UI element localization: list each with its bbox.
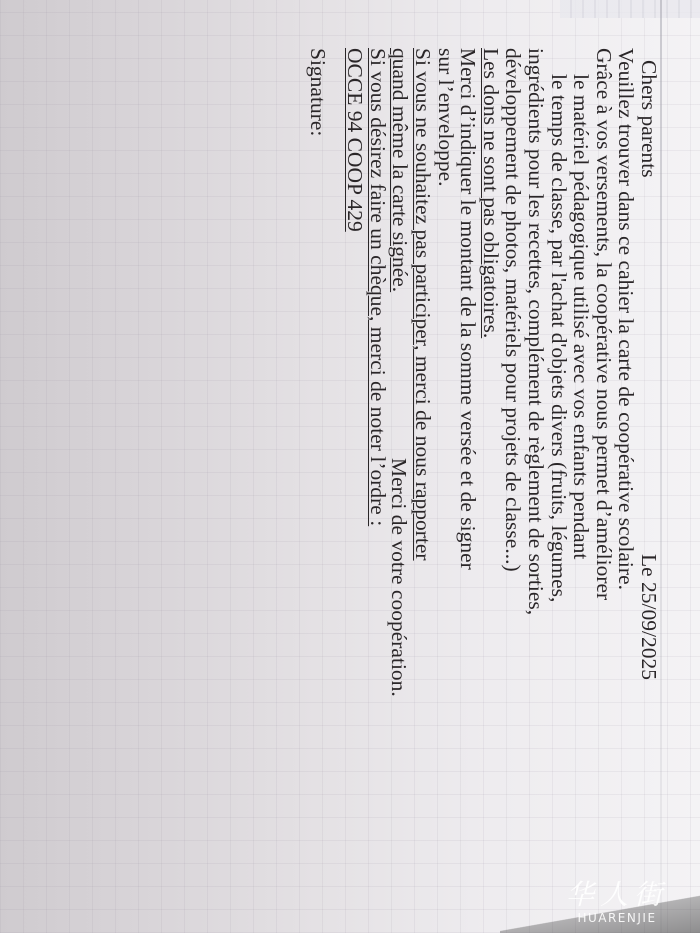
greeting: Chers parents — [637, 60, 660, 178]
underlying-paper-edge — [560, 0, 700, 18]
signature-label: Signature: — [307, 48, 330, 848]
site-watermark: 华人街 HUARENJIE — [542, 873, 692, 925]
amount-instruction-line-2: sur l’enveloppe. — [434, 48, 457, 848]
cheque-instruction: Si vous désirez faire un chèque, merci d… — [366, 48, 389, 848]
no-participation-line-1: Si vous ne souhaitez pas participer, mer… — [411, 48, 434, 848]
watermark-latin: HUARENJIE — [542, 911, 692, 925]
body-line-5: ingrédients pour les recettes, complémen… — [524, 48, 547, 848]
letter-sheet: Chers parents Le 25/09/2025 Veuillez tro… — [100, 48, 660, 848]
letter-date: Le 25/09/2025 — [637, 554, 660, 680]
body-line-1: Veuillez trouver dans ce cahier la carte… — [615, 48, 638, 848]
watermark-chinese: 华人街 — [542, 873, 692, 913]
not-mandatory-notice: Les dons ne sont pas obligatoires. — [479, 48, 502, 848]
body-line-6: développement de photos, matériels pour … — [502, 48, 525, 848]
body-line-4: le temps de classe, par l'achat d'objets… — [547, 48, 570, 848]
body-line-3: le matériel pédagogique utilisé avec vos… — [570, 48, 593, 848]
body-line-2: Grâce à vos versements, la coopérative n… — [592, 48, 615, 848]
letter-header: Chers parents Le 25/09/2025 — [637, 48, 660, 680]
amount-instruction-line-1: Merci d’indiquer le montant de la somme … — [457, 48, 480, 848]
cheque-payee: OCCE 94 COOP 429 — [344, 48, 367, 848]
